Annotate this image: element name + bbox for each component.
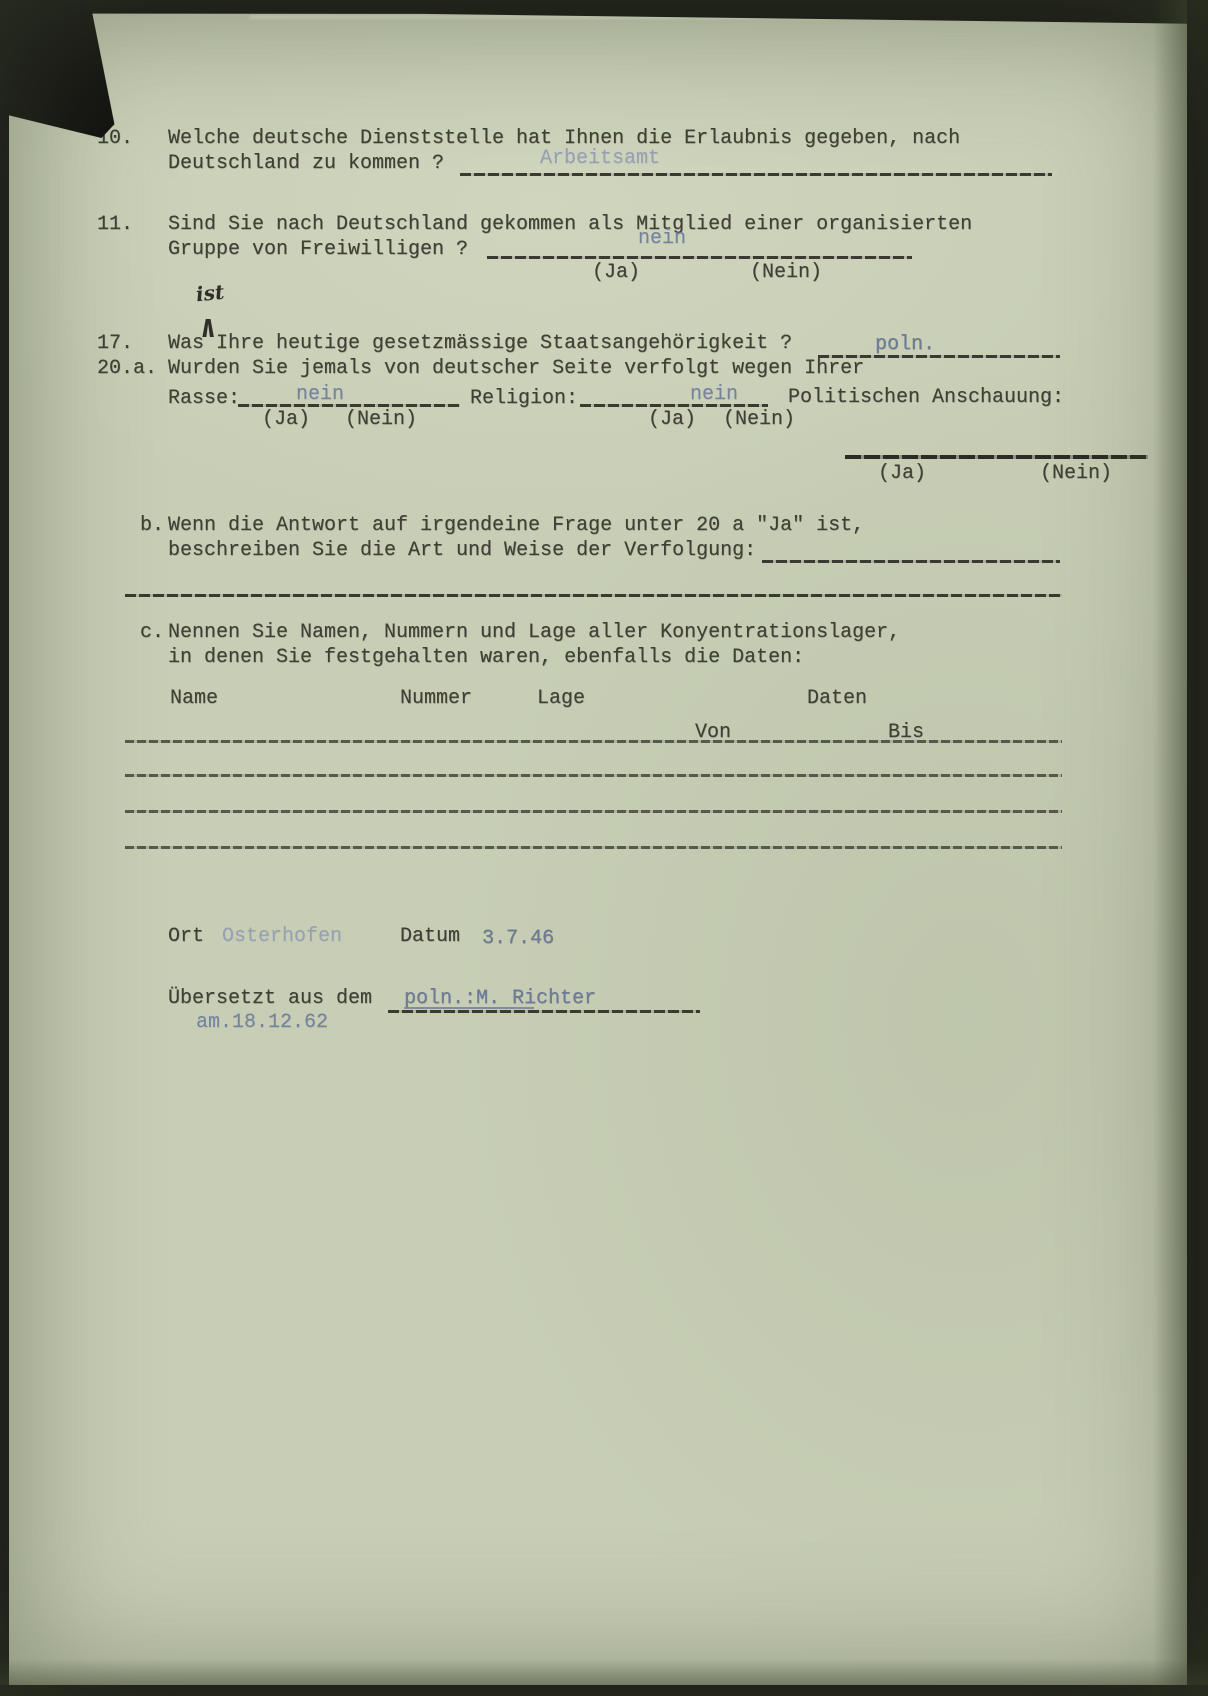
- q20a-rasse-answer: nein: [296, 384, 344, 406]
- q20c-text-line1: Nennen Sie Namen, Nummern und Lage aller…: [168, 622, 900, 644]
- scan-corner-top-left: [0, 0, 118, 138]
- q20c-text-line2: in denen Sie festgehalten waren, ebenfal…: [168, 647, 804, 669]
- q11-text-line1: Sind Sie nach Deutschland gekommen als M…: [168, 214, 972, 236]
- uebersetzt-line: [388, 1010, 700, 1013]
- q11-text-line2: Gruppe von Freiwilligen ?: [168, 239, 468, 261]
- q20a-rasse-nein-label: (Nein): [345, 409, 417, 431]
- table-header-name: Name: [170, 688, 218, 710]
- ort-value: Osterhofen: [222, 926, 342, 948]
- q20a-religion-line: [580, 404, 768, 407]
- table-header-nummer: Nummer: [400, 688, 472, 710]
- q11-ja-label: (Ja): [592, 262, 640, 284]
- q20a-politisch-label: Politischen Anschauung:: [788, 387, 1064, 409]
- q17-text: Was Ihre heutige gesetzmässige Staatsang…: [168, 333, 792, 355]
- q11-answer: nein: [638, 228, 686, 250]
- q20a-politisch-ja-label: (Ja): [878, 463, 926, 485]
- q20a-number: 20.a.: [97, 358, 157, 380]
- q20c-number: c.: [140, 622, 164, 644]
- scan-shadow-right: [1153, 0, 1187, 1696]
- q11-answer-line: [487, 256, 912, 259]
- table-row-line-2: [125, 774, 1062, 777]
- q20a-religion-nein-label: (Nein): [723, 409, 795, 431]
- q17-handwritten-insertion: ist: [195, 280, 225, 307]
- q20b-text-line1: Wenn die Antwort auf irgendeine Frage un…: [168, 515, 864, 537]
- q11-nein-label: (Nein): [750, 262, 822, 284]
- q10-answer-line: [460, 173, 1052, 176]
- scan-edge-left: [0, 0, 9, 1696]
- uebersetzt-blue-underline: [404, 1007, 534, 1009]
- q10-text-line2: Deutschland zu kommen ?: [168, 153, 444, 175]
- table-header-lage: Lage: [537, 688, 585, 710]
- q11-number: 11.: [97, 214, 133, 236]
- datum-value: 3.7.46: [482, 928, 554, 950]
- q20a-religion-label: Religion:: [470, 388, 578, 410]
- q20a-rasse-line: [238, 404, 460, 407]
- scan-edge-bottom: [0, 1685, 1208, 1696]
- table-row-line-3: [125, 810, 1062, 813]
- uebersetzt-date: am.18.12.62: [196, 1012, 328, 1034]
- scan-edge-top: [0, 0, 1208, 24]
- q20a-religion-ja-label: (Ja): [648, 409, 696, 431]
- table-header-daten: Daten: [807, 688, 867, 710]
- ort-label: Ort: [168, 926, 204, 948]
- q20a-rasse-ja-label: (Ja): [262, 409, 310, 431]
- q10-answer: Arbeitsamt: [540, 148, 660, 170]
- scan-shadow-bottom: [0, 1659, 1208, 1685]
- q20b-answer-line-2: [125, 594, 1062, 597]
- q20a-politisch-line: [845, 455, 1148, 459]
- q20b-number: b.: [140, 515, 164, 537]
- table-row-line-4: [125, 846, 1062, 849]
- q20a-rasse-label: Rasse:: [168, 388, 240, 410]
- scanned-form-page: 10. Welche deutsche Dienststelle hat Ihn…: [0, 0, 1208, 1696]
- scan-edge-right: [1187, 0, 1208, 1696]
- uebersetzt-text: Übersetzt aus dem: [168, 988, 372, 1010]
- q20a-politisch-nein-label: (Nein): [1040, 463, 1112, 485]
- q17-answer: poln.: [875, 334, 935, 356]
- q17-number: 17.: [97, 333, 133, 355]
- q20a-religion-answer: nein: [690, 384, 738, 406]
- q20b-text-line2: beschreiben Sie die Art und Weise der Ve…: [168, 540, 756, 562]
- table-row-line-1: [125, 740, 1062, 743]
- q20a-text: Wurden Sie jemals von deutscher Seite ve…: [168, 358, 864, 380]
- datum-label: Datum: [400, 926, 460, 948]
- q20b-answer-line-1: [762, 560, 1060, 563]
